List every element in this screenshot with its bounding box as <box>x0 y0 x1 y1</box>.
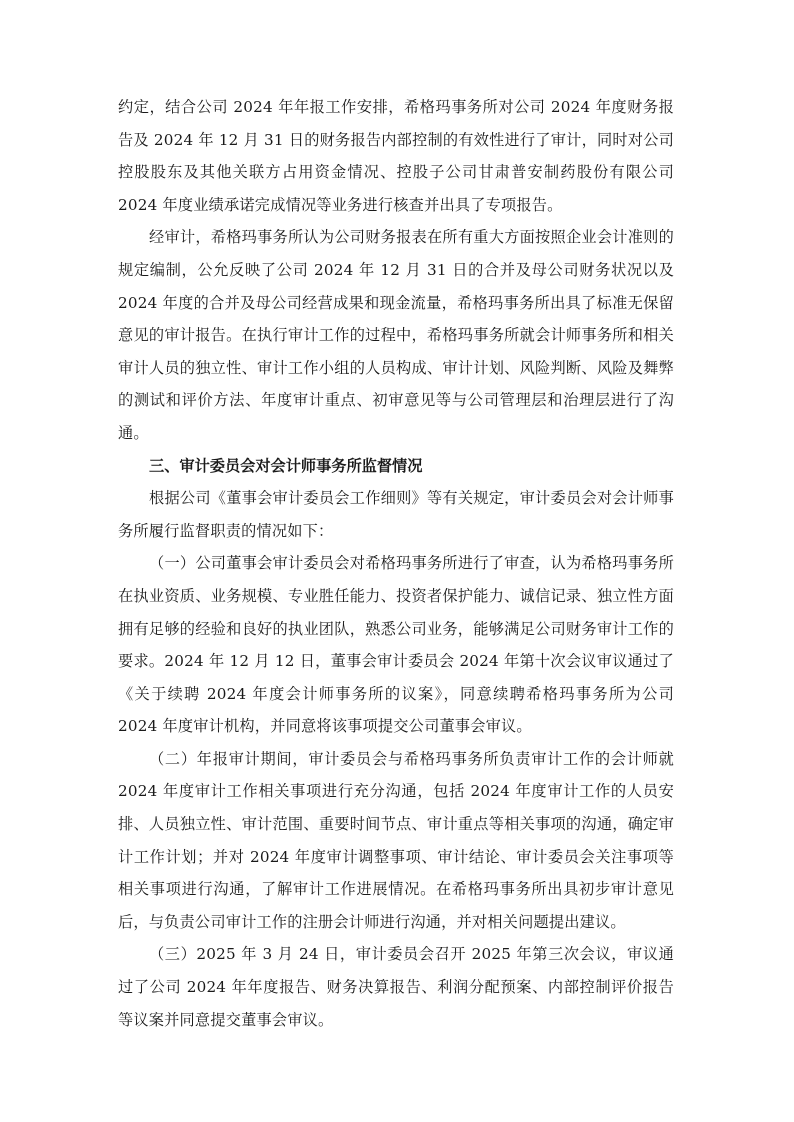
document-page: 约定，结合公司 2024 年年报工作安排，希格玛事务所对公司 2024 年度财务… <box>118 91 674 1036</box>
section-heading-supervision: 三、审计委员会对会计师事务所监督情况 <box>118 450 674 483</box>
paragraph-supervision-item-3: （三）2025 年 3 月 24 日，审计委员会召开 2025 年第三次会议，审… <box>118 938 674 1036</box>
paragraph-audit-arrangement: 约定，结合公司 2024 年年报工作安排，希格玛事务所对公司 2024 年度财务… <box>118 91 674 221</box>
paragraph-supervision-item-1: （一）公司董事会审计委员会对希格玛事务所进行了审查，认为希格玛事务所在执业资质、… <box>118 547 674 743</box>
paragraph-supervision-item-2: （二）年报审计期间，审计委员会与希格玛事务所负责审计工作的会计师就 2024 年… <box>118 743 674 939</box>
paragraph-audit-opinion: 经审计，希格玛事务所认为公司财务报表在所有重大方面按照企业会计准则的规定编制，公… <box>118 221 674 449</box>
paragraph-supervision-intro: 根据公司《董事会审计委员会工作细则》等有关规定，审计委员会对会计师事务所履行监督… <box>118 482 674 547</box>
